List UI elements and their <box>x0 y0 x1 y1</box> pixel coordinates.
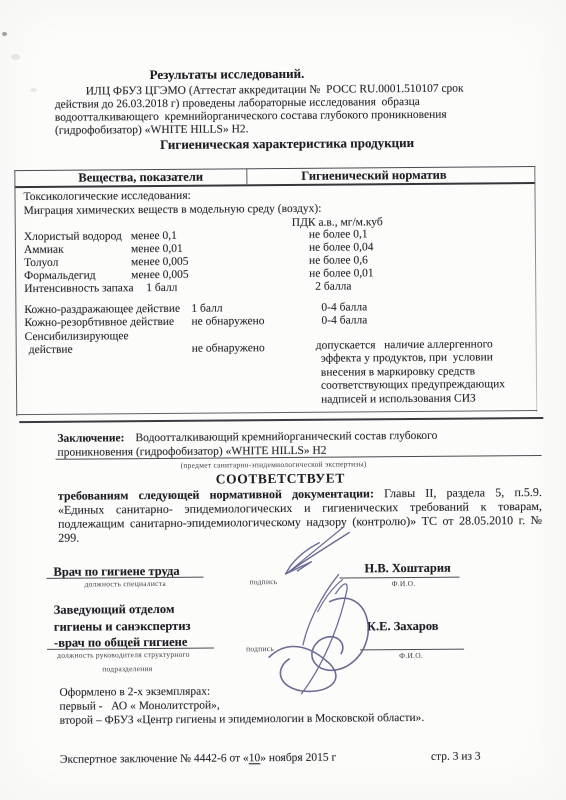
signatory-name-1: Н.В. Хоштария <box>364 561 450 577</box>
table-col2-header: Гигиенический норматив <box>301 168 446 184</box>
results-heading: Результаты исследований. <box>150 66 305 83</box>
substance-norm: 2 балла <box>315 279 351 293</box>
footer-day: 10 <box>249 752 261 764</box>
fio-note-2: Ф.И.О. <box>399 651 423 660</box>
conclusion-text: Водоотталкивающий кремнийорганический со… <box>135 430 437 444</box>
signature-2-stroke <box>301 584 348 694</box>
sensitizing-norm-line: соответствующих предупреждающих <box>316 378 505 393</box>
table-bottom-border <box>16 410 537 415</box>
sensitizing-norm-text: допускается наличие аллергенного эффекта… <box>316 338 506 407</box>
signature-2-stroke <box>311 598 368 670</box>
position-title-2-line2: гигиены и санэкспертиз <box>54 619 191 635</box>
effect-value: не обнаружено <box>191 314 264 329</box>
sign-label-1: подпись <box>250 577 278 586</box>
substance-name: Интенсивность запаха <box>24 281 133 296</box>
table-row: Кожно-резорбтивное действие не обнаружен… <box>15 312 545 331</box>
signature-2-stroke <box>269 646 336 692</box>
signature-2-stroke <box>302 575 339 645</box>
section-divider-line <box>19 417 543 423</box>
requirements-line-4: 299. <box>58 531 79 546</box>
signature-2-stroke <box>318 580 343 612</box>
hygiene-characteristic-heading: Гигиеническая характеристика продукции <box>160 135 414 153</box>
copies-line-1: Оформлено в 2-х экземплярах: <box>59 685 210 700</box>
intro-line: водоотталкивающего кремнийорганического … <box>55 108 447 125</box>
sensitizing-norm-line: эффекта у продуктов, при условии <box>316 352 505 367</box>
signature-1-stroke <box>287 532 349 572</box>
signature-1-stroke <box>287 527 344 573</box>
signatory-name-2: К.Е. Захаров <box>367 619 439 635</box>
requirements-line-3: подлежащим санитарно-эпидемиологическому… <box>58 513 542 531</box>
scanned-document-page: Результаты исследований. ИЛЦ ФБУЗ ЦГЭМО … <box>0 0 566 800</box>
footer-page-info: стр. 3 из 3 <box>431 749 481 763</box>
signature-ink-group <box>268 526 369 694</box>
subject-note: (предмет санитарно-эпидемиологической эк… <box>181 459 367 469</box>
position-title-2-line1: Заведующий отделом <box>54 602 175 618</box>
position-note-2b: подразделения <box>102 664 152 673</box>
effect-name: Кожно-резорбтивное действие <box>24 315 174 330</box>
table-col1-header: Вещества, показатели <box>78 170 203 186</box>
fio-note-1: Ф.И.О. <box>392 579 416 588</box>
copies-line-3: второй – ФБУЗ «Центр гигиены и эпидемиол… <box>60 711 425 728</box>
document-content: Результаты исследований. ИЛЦ ФБУЗ ЦГЭМО … <box>0 0 566 800</box>
intro-line: (гидрофобизатор) «WHITE HILLS» Н2. <box>55 122 249 138</box>
requirements-rest: Главы II, раздела 5, п.5.9. <box>374 485 542 500</box>
tox-section-label: Токсикологические исследования: <box>23 189 190 204</box>
signature-1-stroke <box>285 543 319 574</box>
substance-value: 1 балл <box>146 281 177 295</box>
migration-section-label: Миграция химических веществ в модельную … <box>24 202 322 218</box>
sensitizing-norm-line: надписей и использования СИЗ <box>316 392 505 407</box>
position-note-2a: должность руководителя структурного <box>57 650 190 660</box>
sensitizing-name: действие <box>29 343 73 357</box>
footer-doc-number: Экспертное заключение № 4442-6 от «10» н… <box>60 751 336 767</box>
verdict-text: СООТВЕТСТВУЕТ <box>216 471 345 488</box>
table-row: Интенсивность запаха 1 балл 2 балла <box>15 278 545 297</box>
footer-suffix: » ноября 2015 г <box>260 752 336 765</box>
copies-line-2: первый - АО « Монолитстрой», <box>59 699 219 714</box>
effect-norm: 0-4 балла <box>321 313 367 327</box>
conclusion-label: Заключение: <box>57 432 124 445</box>
position-note-1: должность специалиста <box>85 579 166 589</box>
footer-prefix: Экспертное заключение № 4442-6 от « <box>60 752 249 765</box>
table-header-column-divider <box>246 168 247 185</box>
sensitizing-value: не обнаружено <box>192 341 265 356</box>
sign-label-2: подпись <box>246 644 274 653</box>
